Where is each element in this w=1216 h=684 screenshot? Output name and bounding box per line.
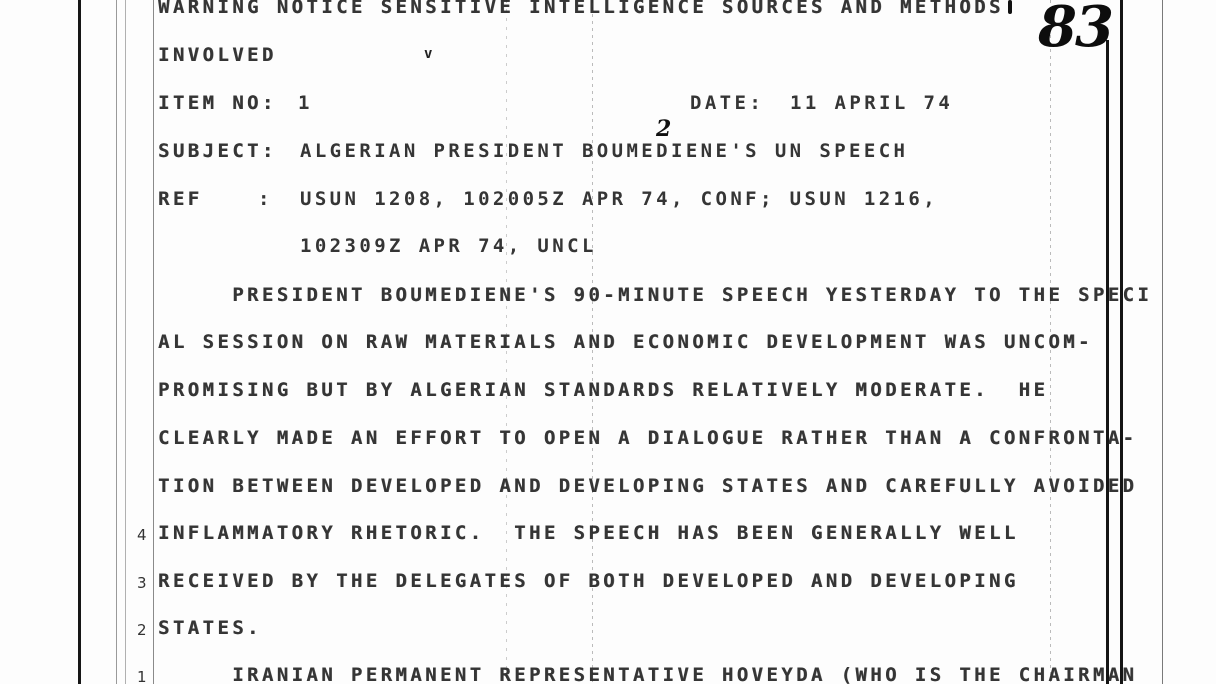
body-text-line: CLEARLY MADE AN EFFORT TO OPEN A DIALOGU…: [158, 427, 1137, 449]
item-number-value: 1: [298, 92, 313, 114]
margin-line-number: 4: [137, 526, 147, 544]
left-guide-line: [116, 0, 117, 684]
body-text-line: STATES.: [158, 617, 262, 639]
date-label: DATE:: [690, 92, 764, 114]
scanned-cable-document: 83 2 v WARNING NOTICE SENSITIVE INTELLIG…: [0, 0, 1216, 684]
ink-speck: v: [424, 46, 432, 62]
body-text-line: RECEIVED BY THE DELEGATES OF BOTH DEVELO…: [158, 570, 1019, 592]
margin-line-number: 2: [137, 621, 147, 639]
item-number-label: ITEM NO:: [158, 92, 277, 114]
handwritten-page-number: 83: [1038, 0, 1112, 60]
left-border-rule: [78, 0, 81, 684]
margin-line-number: 3: [137, 574, 147, 592]
body-text-line: IRANIAN PERMANENT REPRESENTATIVE HOVEYDA…: [158, 664, 1137, 684]
reference-label: REF: [158, 188, 203, 210]
warning-notice-line: WARNING NOTICE SENSITIVE INTELLIGENCE SO…: [158, 0, 1004, 18]
right-guide-line: [1162, 0, 1163, 684]
text-margin-rule: [153, 0, 154, 684]
body-text-line: TION BETWEEN DEVELOPED AND DEVELOPING ST…: [158, 475, 1137, 497]
body-text-line: PROMISING BUT BY ALGERIAN STANDARDS RELA…: [158, 379, 1048, 401]
margin-line-number: 1: [137, 668, 147, 684]
left-guide-line: [125, 0, 126, 684]
subject-value: ALGERIAN PRESIDENT BOUMEDIENE'S UN SPEEC…: [300, 140, 908, 162]
right-border-rule: [1120, 0, 1123, 684]
handwritten-annotation-mark: 2: [656, 116, 671, 142]
subject-label: SUBJECT:: [158, 140, 277, 162]
body-text-line: PRESIDENT BOUMEDIENE'S 90-MINUTE SPEECH …: [158, 284, 1152, 306]
body-text-line: AL SESSION ON RAW MATERIALS AND ECONOMIC…: [158, 331, 1093, 353]
warning-notice-line: INVOLVED: [158, 44, 277, 66]
date-value: 11 APRIL 74: [790, 92, 953, 114]
right-border-rule: [1106, 40, 1109, 684]
ink-tick-mark: [1008, 0, 1012, 14]
reference-value-continued: 102309Z APR 74, UNCL: [300, 235, 597, 257]
reference-separator: :: [258, 188, 273, 210]
body-text-line: INFLAMMATORY RHETORIC. THE SPEECH HAS BE…: [158, 522, 1019, 544]
reference-value: USUN 1208, 102005Z APR 74, CONF; USUN 12…: [300, 188, 938, 210]
